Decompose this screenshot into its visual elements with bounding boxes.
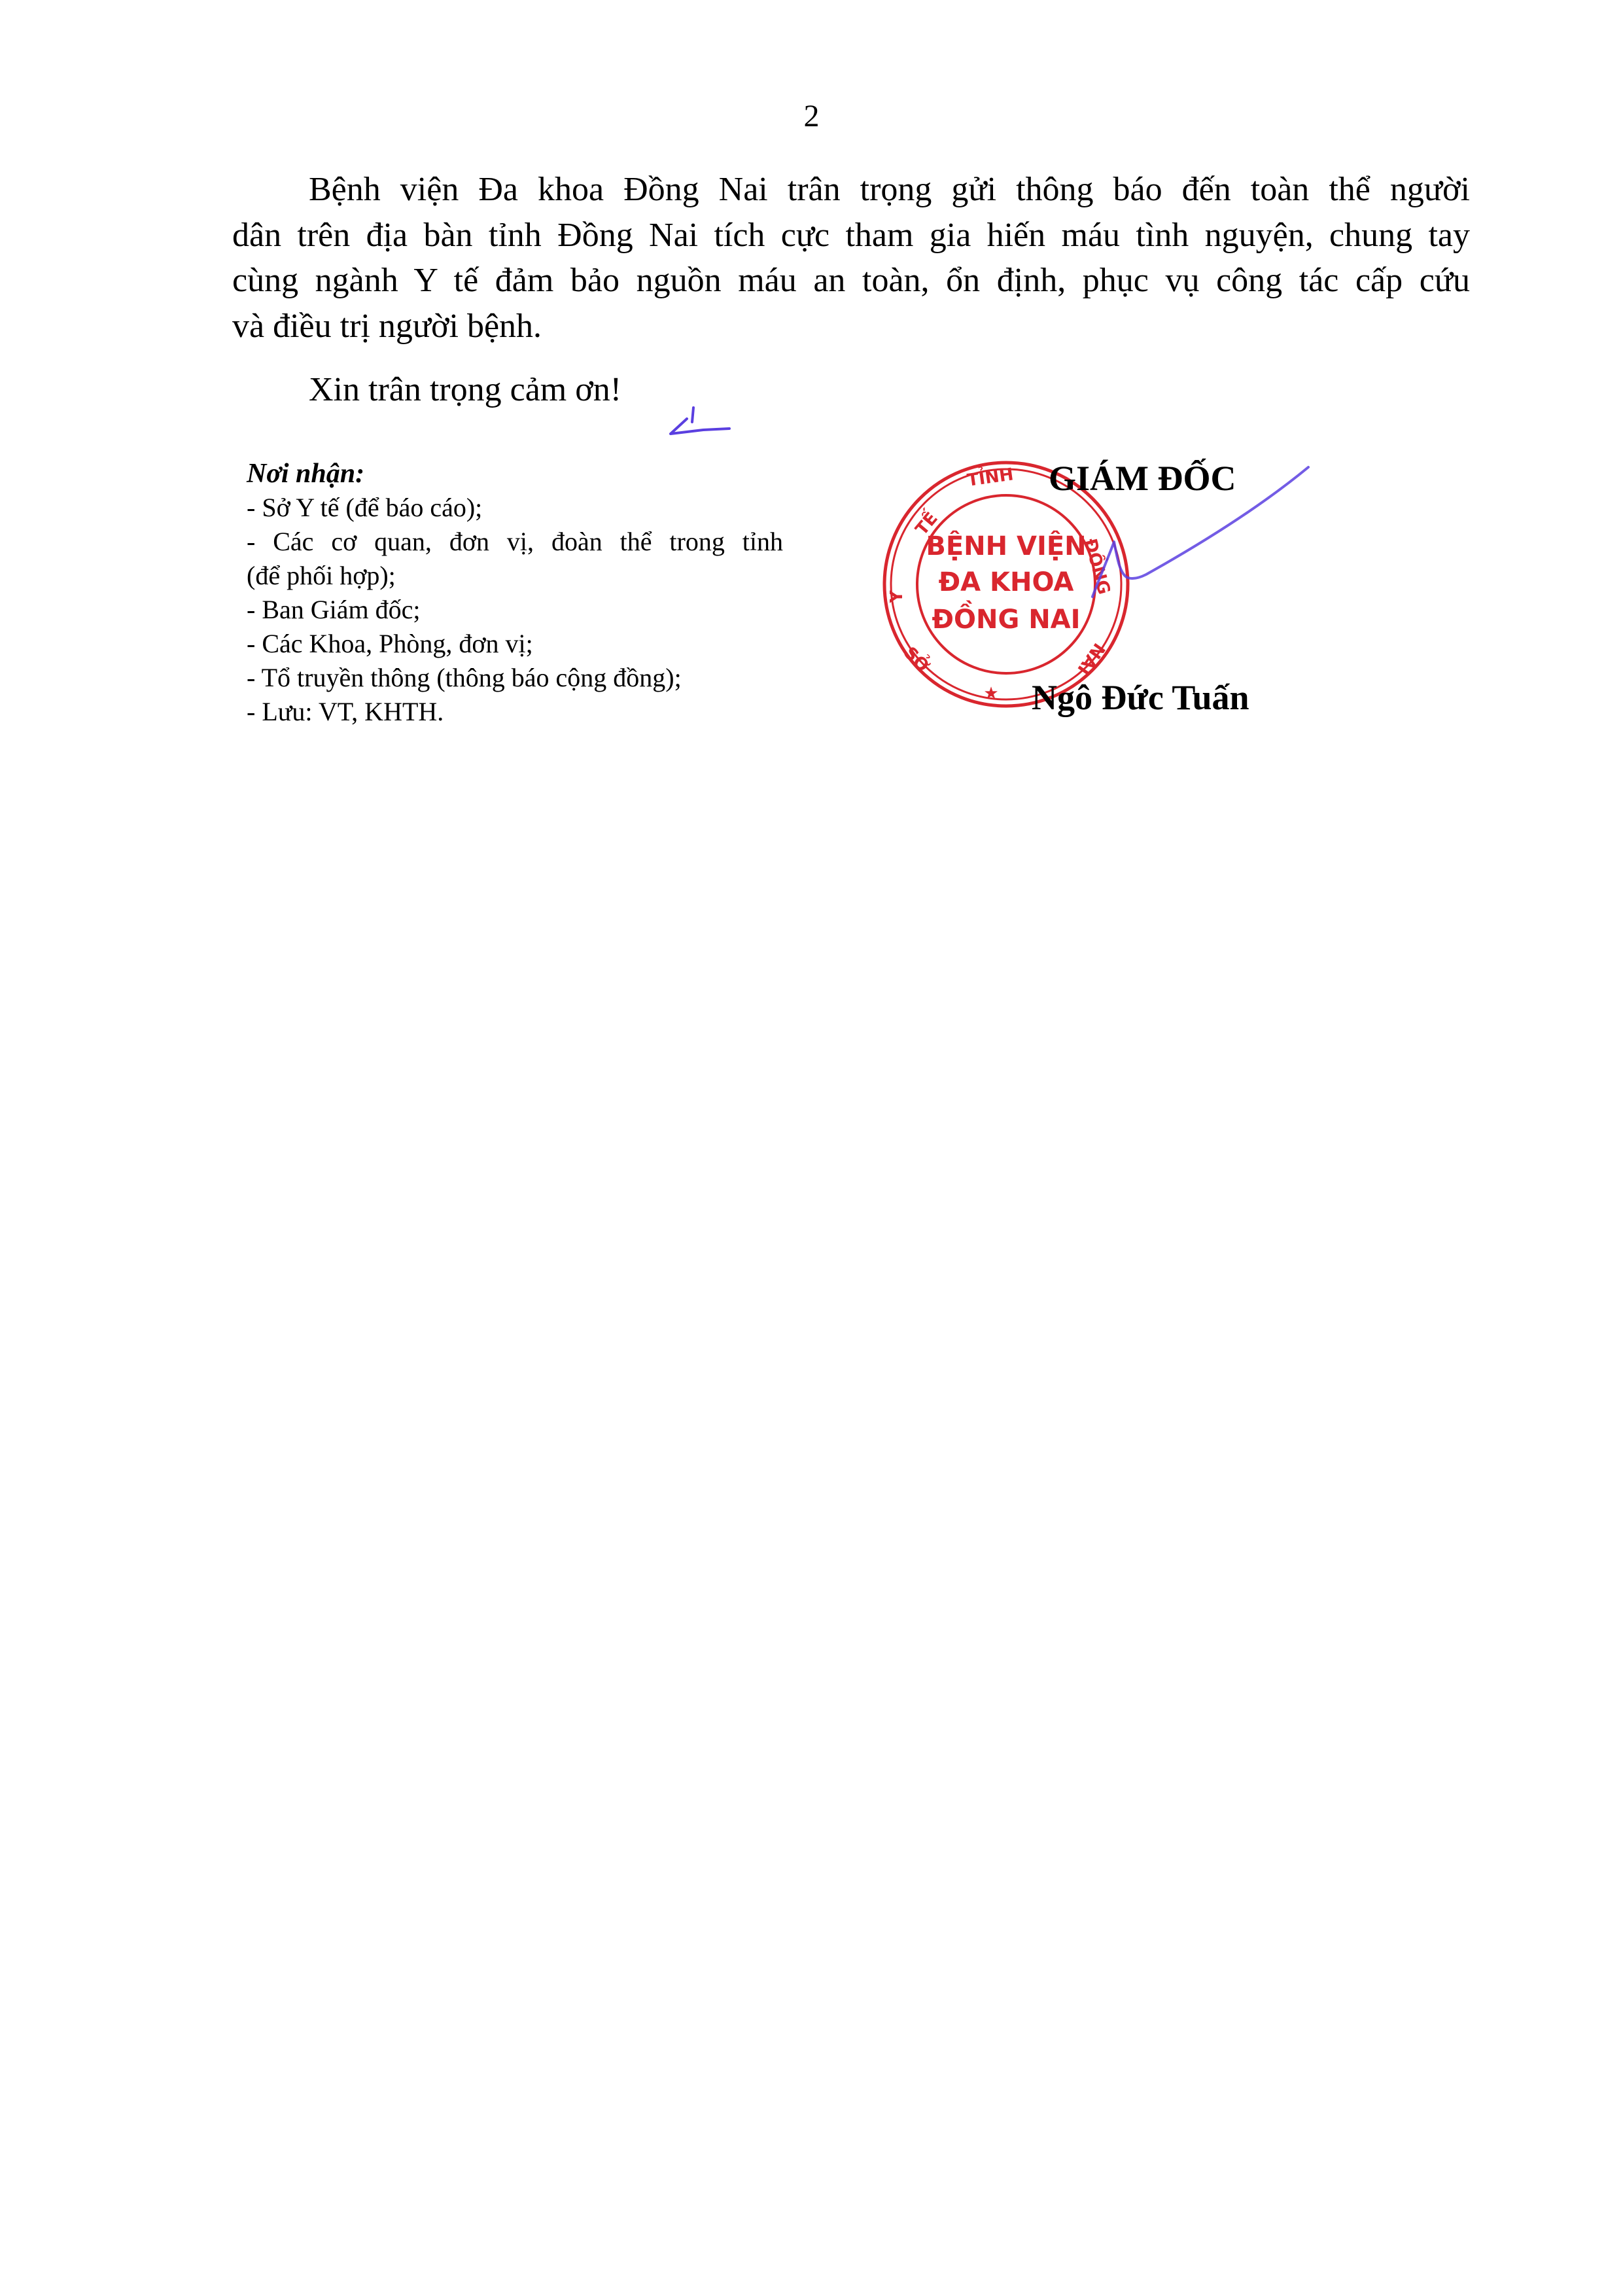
recipient-item: - Các Khoa, Phòng, đơn vị; bbox=[247, 627, 783, 661]
recipients-title: Nơi nhận: bbox=[247, 457, 783, 491]
body-line: cùng ngành Y tế đảm bảo nguồn máu an toà… bbox=[232, 258, 1470, 304]
stamp-line-1: BỆNH VIỆN bbox=[926, 530, 1086, 561]
recipients-block: Nơi nhận: - Sở Y tế (để báo cáo); - Các … bbox=[247, 457, 783, 729]
body-line: và điều trị người bệnh. bbox=[232, 304, 1470, 349]
signer-name: Ngô Đức Tuấn bbox=[1032, 677, 1249, 718]
initials-mark bbox=[667, 396, 746, 442]
body-line: Bệnh viện Đa khoa Đồng Nai trân trọng gử… bbox=[232, 167, 1470, 213]
closing-line: Xin trân trọng cảm ơn! bbox=[309, 370, 621, 410]
handwritten-signature bbox=[1073, 451, 1335, 609]
body-paragraph: Bệnh viện Đa khoa Đồng Nai trân trọng gử… bbox=[232, 167, 1470, 349]
recipient-item: - Các cơ quan, đơn vị, đoàn thể trong tỉ… bbox=[247, 525, 783, 559]
recipient-item: - Tổ truyền thông (thông báo cộng đồng); bbox=[247, 661, 783, 695]
body-line: dân trên địa bàn tỉnh Đồng Nai tích cực … bbox=[232, 213, 1470, 258]
page-number: 2 bbox=[0, 98, 1623, 135]
recipient-item: (để phối hợp); bbox=[247, 559, 783, 593]
recipient-item: - Ban Giám đốc; bbox=[247, 593, 783, 627]
recipient-item: - Sở Y tế (để báo cáo); bbox=[247, 491, 783, 525]
stamp-line-3: ĐỒNG NAI bbox=[932, 599, 1080, 635]
stamp-ring-word: Y bbox=[887, 590, 907, 603]
stamp-line-2: ĐA KHOA bbox=[939, 567, 1074, 597]
stamp-star-icon: ★ bbox=[983, 684, 998, 703]
recipient-item: - Lưu: VT, KHTH. bbox=[247, 695, 783, 729]
